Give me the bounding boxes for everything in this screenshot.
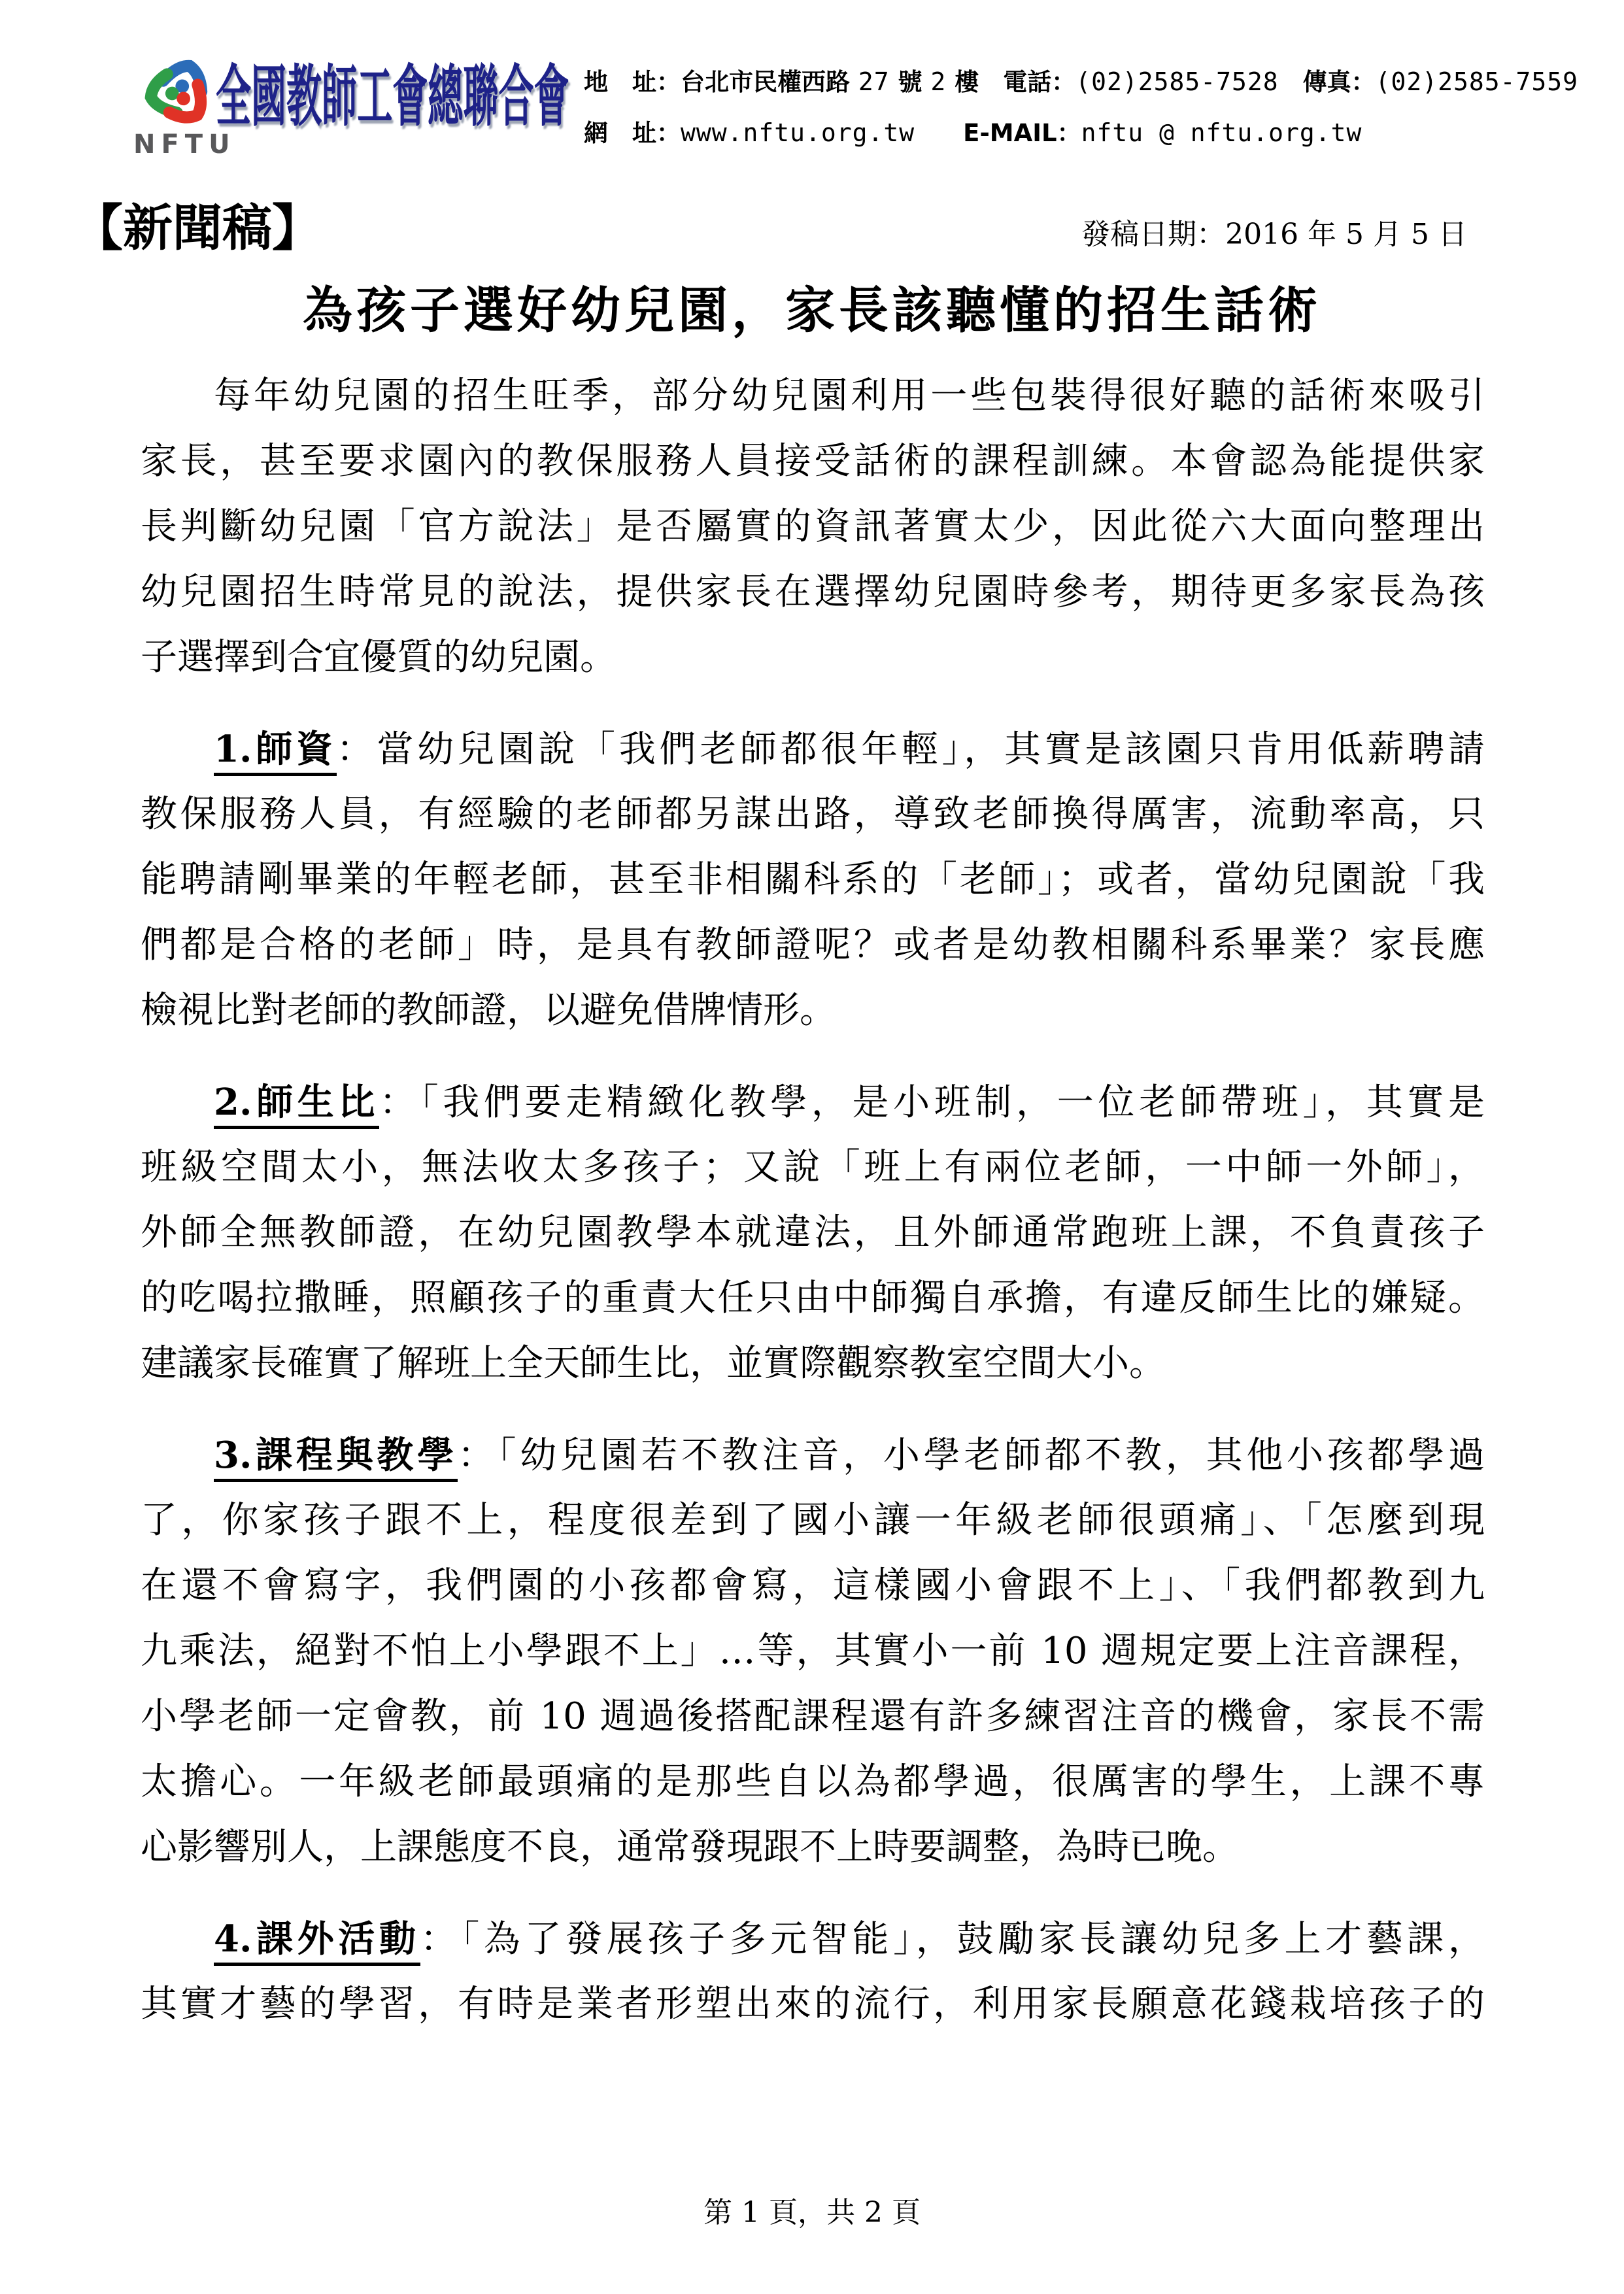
paragraph: 每年幼兒園的招生旺季，部分幼兒園利用一些包裝得很好聽的話術來吸引家長，甚至要求園… xyxy=(141,363,1485,690)
text-line: 心影響別人，上課態度不良，通常發現跟不上時要調整，為時已晚。 xyxy=(141,1815,1485,1880)
body-text: 每年幼兒園的招生旺季，部分幼兒園利用一些包裝得很好聽的話術來吸引家長，甚至要求園… xyxy=(141,363,1485,2037)
text-line: 2.師生比：「我們要走精緻化教學，是小班制，一位老師帶班」，其實是 xyxy=(141,1070,1485,1135)
text-line: 外師全無教師證，在幼兒園教學本就違法，且外師通常跑班上課，不負責孩子 xyxy=(141,1200,1485,1266)
text-line: 每年幼兒園的招生旺季，部分幼兒園利用一些包裝得很好聽的話術來吸引 xyxy=(141,363,1485,429)
section-heading: 3.課程與教學 xyxy=(214,1434,458,1482)
text-line: 在還不會寫字，我們園的小孩都會寫，這樣國小會跟不上」、「我們都教到九 xyxy=(141,1553,1485,1619)
text-line: 子選擇到合宜優質的幼兒園。 xyxy=(141,625,1485,690)
text-line: 其實才藝的學習，有時是業者形塑出來的流行，利用家長願意花錢栽培孩子的 xyxy=(141,1972,1485,2037)
text-line: 的吃喝拉撒睡，照顧孩子的重責大任只由中師獨自承擔，有違反師生比的嫌疑。 xyxy=(141,1266,1485,1331)
contact-line-address: 地 址：台北市民權西路 27 號 2 樓 電話：(02)2585-7528 傳真… xyxy=(584,63,1532,114)
text-line: 小學老師一定會教，前 10 週過後搭配課程還有許多練習注音的機會，家長不需 xyxy=(141,1684,1485,1749)
text-line: 1.師資：當幼兒園說「我們老師都很年輕」，其實是該園只肯用低薪聘請 xyxy=(141,717,1485,782)
text-line: 家長，甚至要求園內的教保服務人員接受話術的課程訓練。本會認為能提供家 xyxy=(141,429,1485,494)
text-line: 們都是合格的老師」時，是具有教師證呢？或者是幼教相關科系畢業？家長應 xyxy=(141,913,1485,978)
text-line: 教保服務人員，有經驗的老師都另謀出路，導致老師換得厲害，流動率高，只 xyxy=(141,782,1485,847)
contact-block: 地 址：台北市民權西路 27 號 2 樓 電話：(02)2585-7528 傳真… xyxy=(584,63,1532,165)
section-heading: 1.師資 xyxy=(214,728,337,776)
text-line: 了，你家孩子跟不上，程度很差到了國小讓一年級老師很頭痛」、「怎麼到現 xyxy=(141,1488,1485,1553)
section-heading: 2.師生比 xyxy=(214,1081,379,1129)
text-line: 能聘請剛畢業的年輕老師，甚至非相關科系的「老師」；或者，當幼兒園說「我 xyxy=(141,847,1485,913)
text-line: 太擔心。一年級老師最頭痛的是那些自以為都學過，很厲害的學生，上課不專 xyxy=(141,1749,1485,1815)
issue-date: 發稿日期：2016 年 5 月 5 日 xyxy=(1081,211,1467,252)
org-name-calligraphy: 全國教師工會總聯合會 xyxy=(216,60,569,133)
text-line: 3.課程與教學：「幼兒園若不教注音，小學老師都不教，其他小孩都學過 xyxy=(141,1423,1485,1488)
paragraph: 3.課程與教學：「幼兒園若不教注音，小學老師都不教，其他小孩都學過了，你家孩子跟… xyxy=(141,1423,1485,1880)
section-heading: 4.課外活動 xyxy=(214,1917,420,1966)
document-title: 為孩子選好幼兒園，家長該聽懂的招生話術 xyxy=(0,271,1624,342)
press-release-label: 【新聞稿】 xyxy=(73,188,322,260)
text-line: 班級空間太小，無法收太多孩子；又說「班上有兩位老師，一中師一外師」， xyxy=(141,1135,1485,1200)
contact-line-web: 網 址：www.nftu.org.tw E-MAIL：nftu @ nftu.o… xyxy=(584,114,1532,165)
text-line: 檢視比對老師的教師證，以避免借牌情形。 xyxy=(141,978,1485,1043)
text-line: 建議家長確實了解班上全天師生比，並實際觀察教室空間大小。 xyxy=(141,1331,1485,1396)
paragraph: 1.師資：當幼兒園說「我們老師都很年輕」，其實是該園只肯用低薪聘請教保服務人員，… xyxy=(141,717,1485,1043)
paragraph: 2.師生比：「我們要走精緻化教學，是小班制，一位老師帶班」，其實是班級空間太小，… xyxy=(141,1070,1485,1396)
text-line: 4.課外活動：「為了發展孩子多元智能」，鼓勵家長讓幼兒多上才藝課， xyxy=(141,1906,1485,1972)
page-footer: 第 1 頁，共 2 頁 xyxy=(0,2189,1624,2231)
press-release-page: NFTU 全國教師工會總聯合會 地 址：台北市民權西路 27 號 2 樓 電話：… xyxy=(0,0,1624,2294)
text-line: 幼兒園招生時常見的說法，提供家長在選擇幼兒園時參考，期待更多家長為孩 xyxy=(141,560,1485,625)
paragraph: 4.課外活動：「為了發展孩子多元智能」，鼓勵家長讓幼兒多上才藝課，其實才藝的學習… xyxy=(141,1906,1485,2037)
text-line: 長判斷幼兒園「官方說法」是否屬實的資訊著實太少，因此從六大面向整理出 xyxy=(141,494,1485,560)
text-line: 九乘法，絕對不怕上小學跟不上」…等，其實小一前 10 週規定要上注音課程， xyxy=(141,1619,1485,1684)
